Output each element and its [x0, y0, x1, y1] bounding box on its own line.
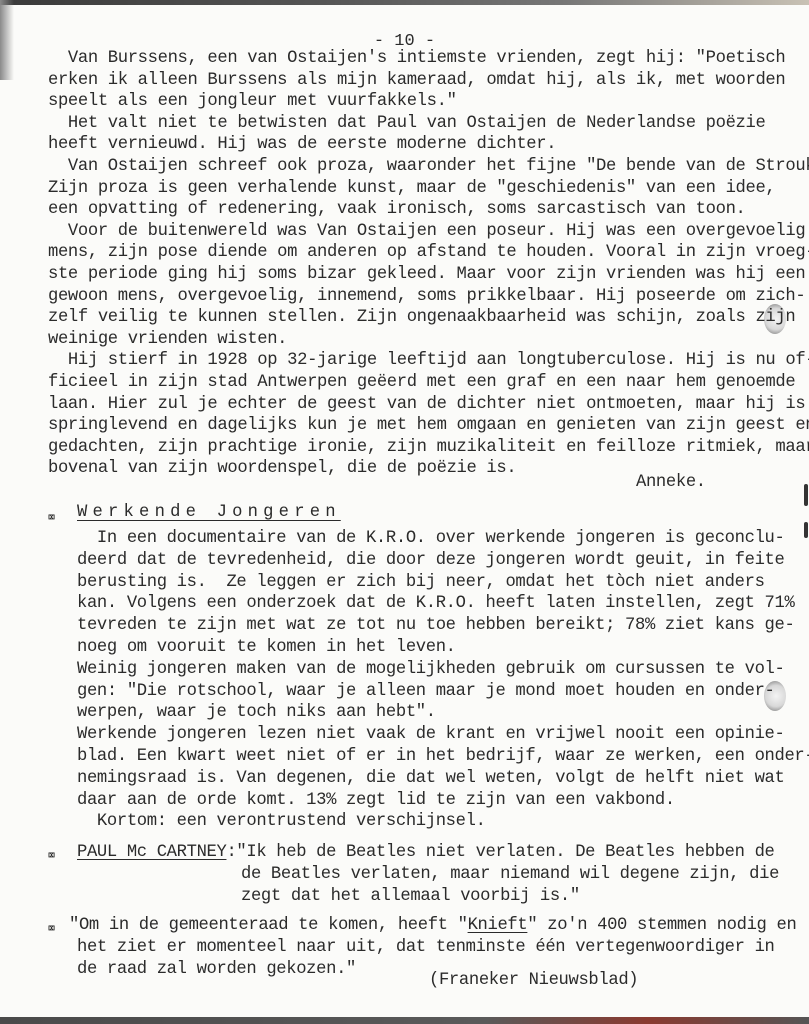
text-line: In een documentaire van de K.R.O. over w…: [77, 528, 784, 550]
text-line: kan. Volgens een onderzoek dat de K.R.O.…: [77, 593, 794, 615]
page-top-edge: [0, 0, 809, 5]
bullet-icon: ⌧: [48, 510, 55, 525]
text-line: zelf veilig te kunnen stellen. Zijn onge…: [48, 307, 795, 329]
text-line: een opvatting of redenering, vaak ironis…: [48, 199, 746, 221]
text-line: erken ik alleen Burssens als mijn kamera…: [48, 70, 785, 92]
text-line: gedachten, zijn prachtige ironie, zijn m…: [48, 437, 809, 459]
text-line: speelt als een jongleur met vuurfakkels.…: [48, 91, 457, 113]
bullet-icon: ⌧: [48, 921, 55, 936]
text-line: deerd dat de tevredenheid, die door deze…: [77, 550, 784, 572]
bullet-icon: ⌧: [48, 848, 55, 863]
text-line: Van Burssens, een van Ostaijen's intiems…: [48, 48, 785, 70]
text-line: weinige vrienden wisten.: [48, 329, 287, 351]
text-line: gewoon mens, overgevoelig, innemend, som…: [48, 286, 805, 308]
binder-mark: [804, 484, 808, 506]
text-line: blad. Een kwart weet niet of er in het b…: [77, 746, 809, 768]
text-line: gen: "Die rotschool, waar je alleen maar…: [77, 681, 775, 703]
section-heading-werkende-jongeren: Werkende Jongeren: [77, 503, 341, 522]
text-line: heeft vernieuwd. Hij was de eerste moder…: [48, 134, 556, 156]
quote-text: :"Ik heb de Beatles niet verlaten. De Be…: [226, 843, 774, 862]
text-line: bovenal van zijn woordenspel, die de poë…: [48, 458, 516, 480]
text-line: Hij stierf in 1928 op 32-jarige leeftijd…: [48, 350, 809, 372]
text-line: laan. Hier zul je echter de geest van de…: [48, 394, 805, 416]
text-line: ste periode ging hij soms bizar gekleed.…: [48, 264, 805, 286]
text-line: springlevend en dagelijks kun je met hem…: [48, 415, 809, 437]
text-line: Van Ostaijen schreef ook proza, waaronde…: [48, 156, 809, 178]
text-line: Het valt niet te betwisten dat Paul van …: [48, 113, 765, 135]
text-line: Zijn proza is geen verhalende kunst, maa…: [48, 178, 775, 200]
text-line: nemingsraad is. Van degenen, die dat wel…: [77, 768, 784, 790]
text-line: daar aan de orde komt. 13% zegt lid te z…: [77, 790, 675, 812]
text-line: Voor de buitenwereld was Van Ostaijen ee…: [48, 221, 805, 243]
quote-knieft-first-line: "Om in de gemeenteraad te komen, heeft "…: [69, 915, 796, 937]
speaker-name: PAUL Mc CARTNEY: [77, 843, 226, 862]
quote-line: de Beatles verlaten, maar niemand wil de…: [241, 864, 779, 886]
binder-mark: [804, 522, 808, 538]
text-line: werpen, waar je toch niks aan hebt".: [77, 702, 436, 724]
text-line: Weinig jongeren maken van de mogelijkhed…: [77, 659, 784, 681]
text-line: berusting is. Ze leggen er zich bij neer…: [77, 572, 765, 594]
quote-line: het ziet er momenteel naar uit, dat tenm…: [77, 937, 775, 959]
text-line: noeg om vooruit te komen in het leven.: [77, 637, 456, 659]
text-line: tevreden te zijn met wat ze tot nu toe h…: [77, 615, 794, 637]
party-name: Knieft: [468, 916, 528, 935]
text-line: ficieel in zijn stad Antwerpen geëerd me…: [48, 372, 795, 394]
text-line: Werkende jongeren lezen niet vaak de kra…: [77, 724, 784, 746]
quote-text: " zo'n 400 stemmen nodig en: [527, 916, 796, 935]
quote-line: zegt dat het allemaal voorbij is.": [241, 886, 580, 908]
text-line: Kortom: een verontrustend verschijnsel.: [77, 811, 486, 833]
quote-text: "Om in de gemeenteraad te komen, heeft ": [69, 916, 468, 935]
source-citation: (Franeker Nieuwsblad): [429, 970, 638, 992]
quote-mccartney-first-line: PAUL Mc CARTNEY:"Ik heb de Beatles niet …: [77, 842, 775, 864]
page-bottom-edge: [0, 1017, 809, 1024]
quote-line: de raad zal worden gekozen.": [77, 959, 356, 981]
text-line: mens, zijn pose diende om anderen op afs…: [48, 242, 809, 264]
signature: Anneke.: [636, 472, 706, 494]
